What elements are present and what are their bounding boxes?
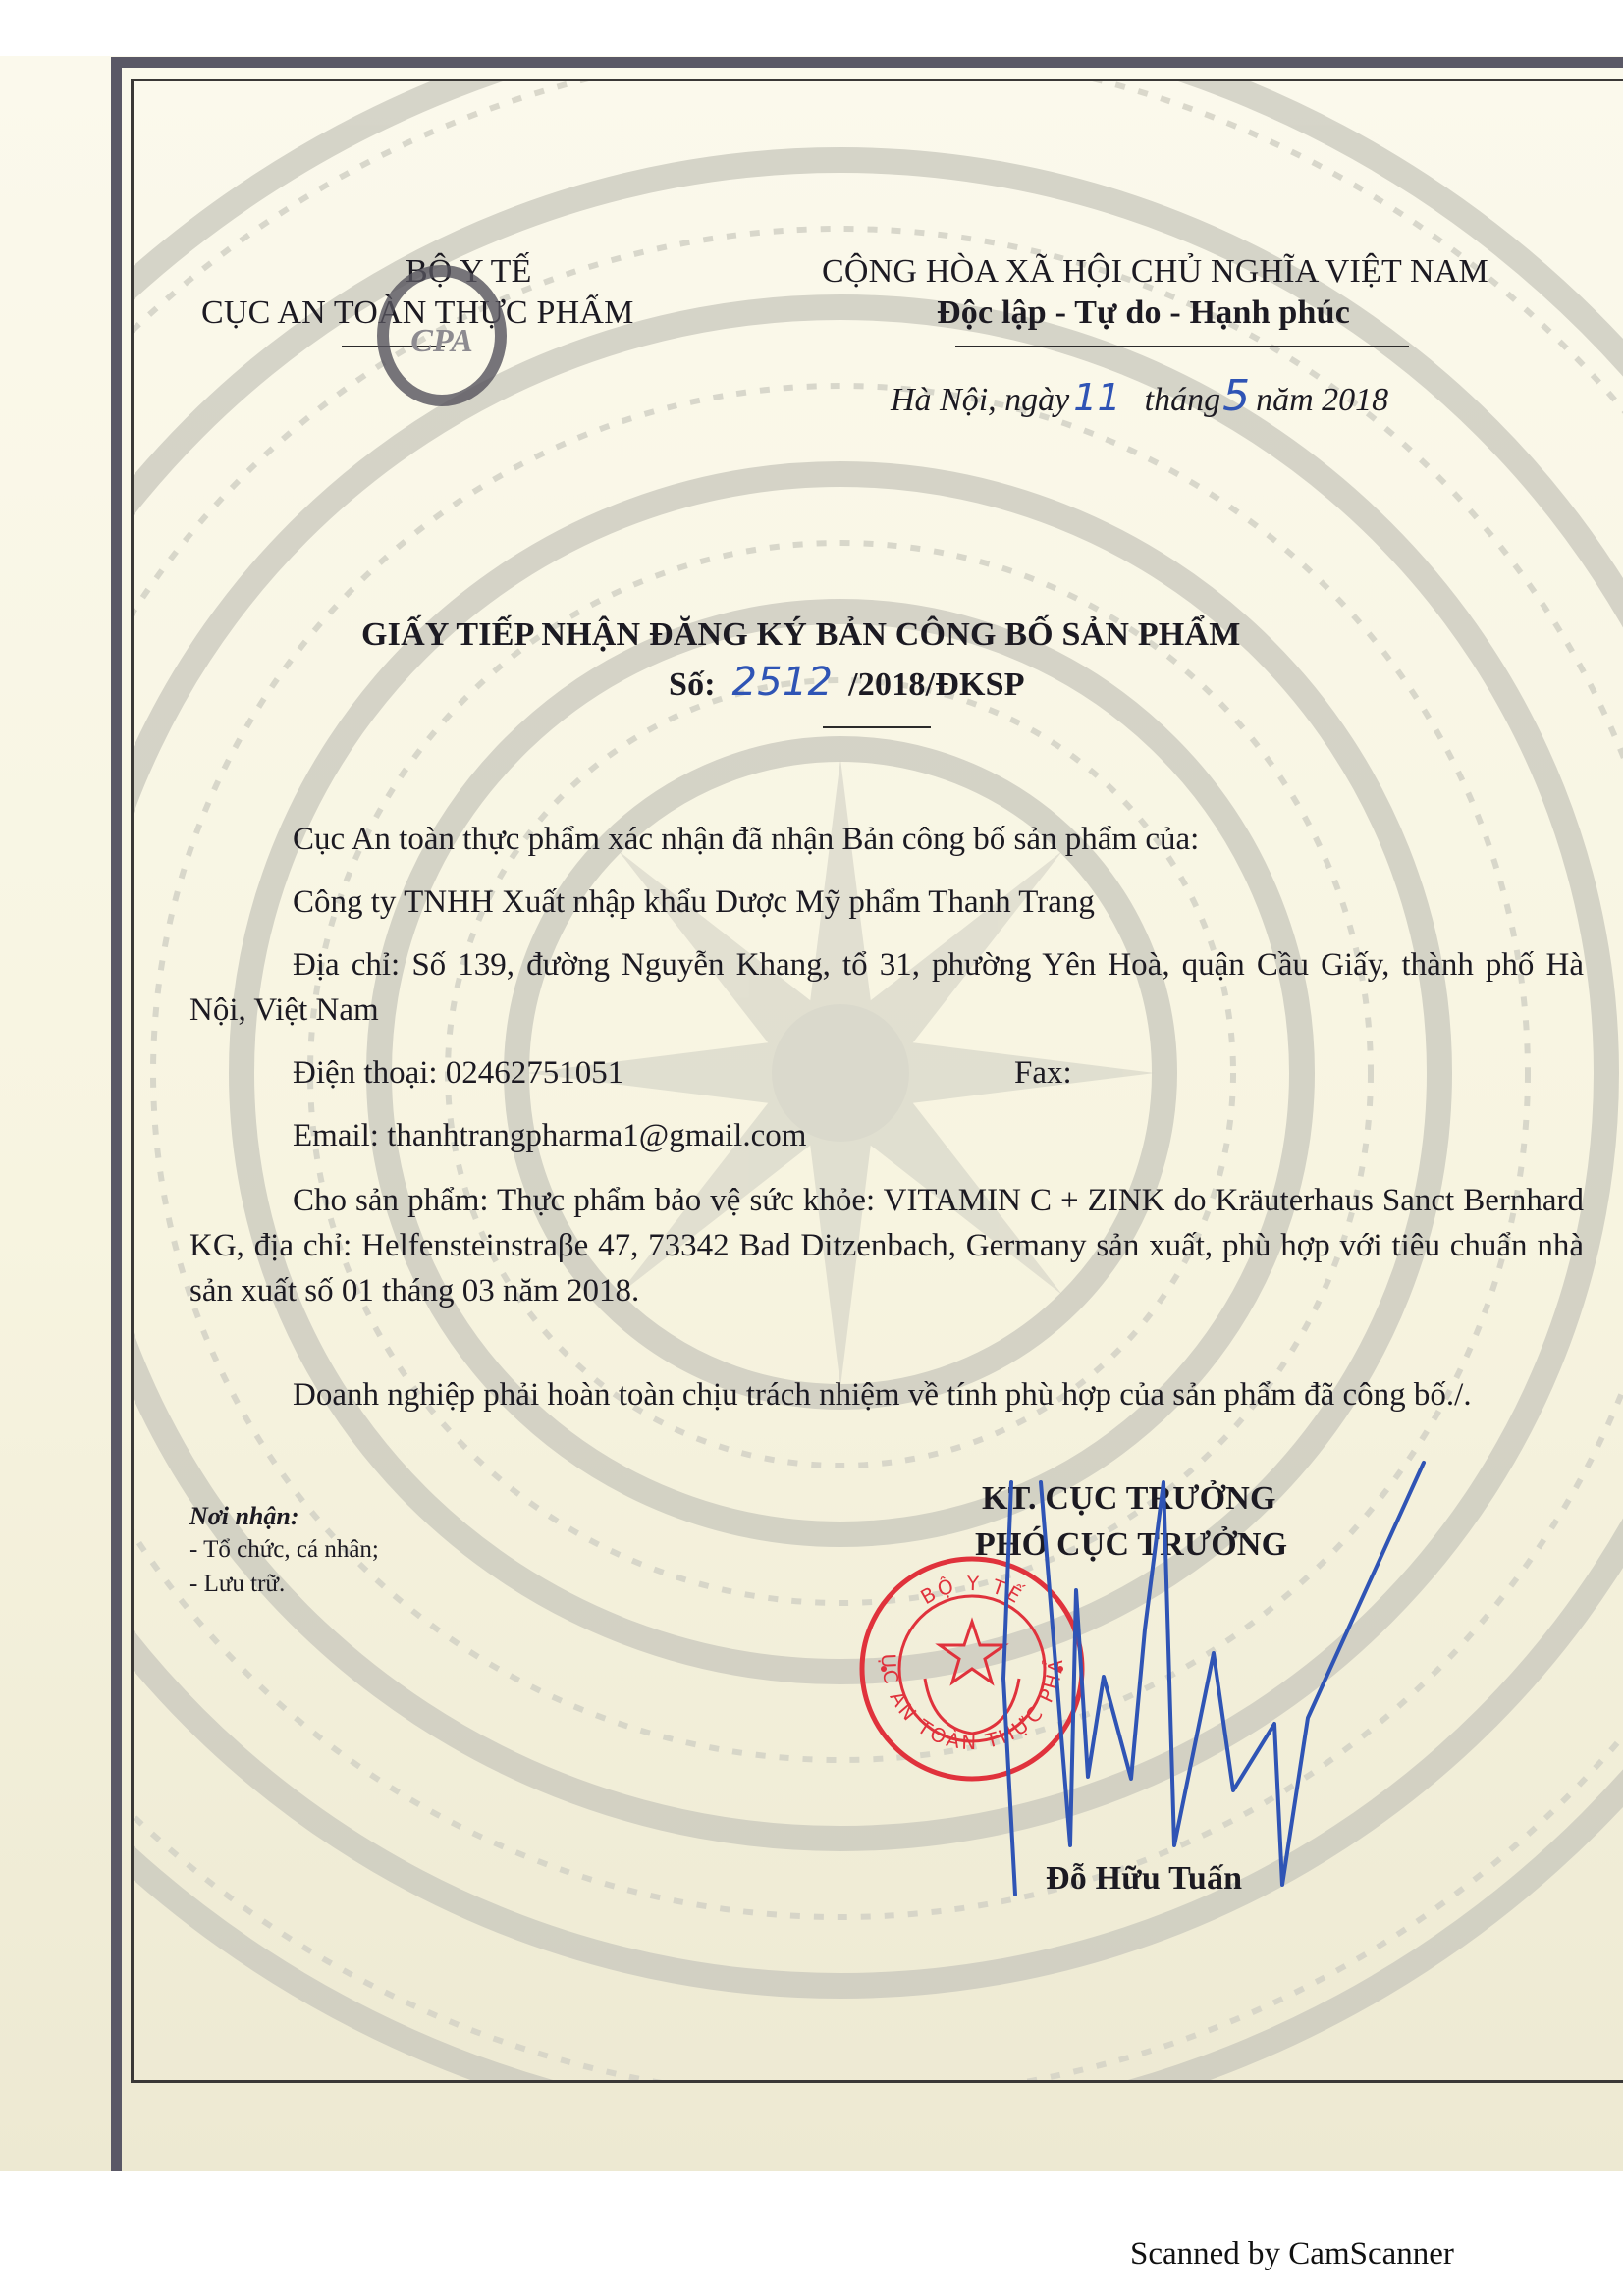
svg-text:CPA: CPA [410,323,473,359]
date-prefix: Hà Nội, ngày [891,382,1069,418]
phone-paragraph: Điện thoại: 02462751051 [189,1050,1584,1095]
address-paragraph: Địa chỉ: Số 139, đường Nguyễn Khang, tổ … [189,942,1584,1033]
document-title: GIẤY TIẾP NHẬN ĐĂNG KÝ BẢN CÔNG BỐ SẢN P… [361,616,1241,654]
date-day-handwritten: 11 [1073,376,1120,419]
number-label: Số: [669,667,716,703]
handwritten-signature-icon [982,1453,1434,1924]
document-number: Số: 2512/2018/ĐKSP [669,660,1025,705]
recipient-item: - Tổ chức, cá nhân; [189,1536,379,1564]
company-email: Email: thanhtrangpharma1@gmail.com [293,1118,806,1153]
motto-underline [955,346,1409,347]
date-month-handwritten: 5 [1222,371,1250,421]
signer-name: Đỗ Hữu Tuấn [1046,1860,1242,1897]
responsibility-paragraph: Doanh nghiệp phải hoàn toàn chịu trách n… [189,1372,1584,1417]
intro-text: Cục An toàn thực phẩm xác nhận đã nhận B… [293,822,1199,857]
recipients-label: Nơi nhận: [189,1502,299,1531]
product-paragraph: Cho sản phẩm: Thực phẩm bảo vệ sức khỏe:… [189,1178,1584,1313]
agency-logo-icon: CPA [368,257,515,414]
intro-paragraph: Cục An toàn thực phẩm xác nhận đã nhận B… [189,817,1584,862]
company-name: Công ty TNHH Xuất nhập khẩu Dược Mỹ phẩm… [293,884,1095,920]
date-month-label: tháng [1145,382,1220,418]
email-paragraph: Email: thanhtrangpharma1@gmail.com [189,1113,1584,1158]
responsibility-text: Doanh nghiệp phải hoàn toàn chịu trách n… [293,1377,1472,1413]
issue-date: Hà Nội, ngày11tháng5năm 2018 [891,371,1388,421]
state-name: CỘNG HÒA XÃ HỘI CHỦ NGHĨA VIỆT NAM [822,253,1488,291]
title-underline [823,726,931,728]
recipient-item: - Lưu trữ. [189,1571,285,1598]
camscanner-watermark: Scanned by CamScanner [1130,2236,1454,2272]
number-suffix: /2018/ĐKSP [848,667,1025,703]
company-phone: Điện thoại: 02462751051 [293,1055,623,1091]
company-paragraph: Công ty TNHH Xuất nhập khẩu Dược Mỹ phẩm… [189,880,1584,925]
date-year: năm 2018 [1256,382,1388,418]
company-fax: Fax: [1014,1050,1072,1095]
product-description: Cho sản phẩm: Thực phẩm bảo vệ sức khỏe:… [189,1183,1584,1308]
company-address: Địa chỉ: Số 139, đường Nguyễn Khang, tổ … [189,947,1584,1028]
number-handwritten: 2512 [732,660,834,705]
national-motto: Độc lập - Tự do - Hạnh phúc [937,294,1350,332]
